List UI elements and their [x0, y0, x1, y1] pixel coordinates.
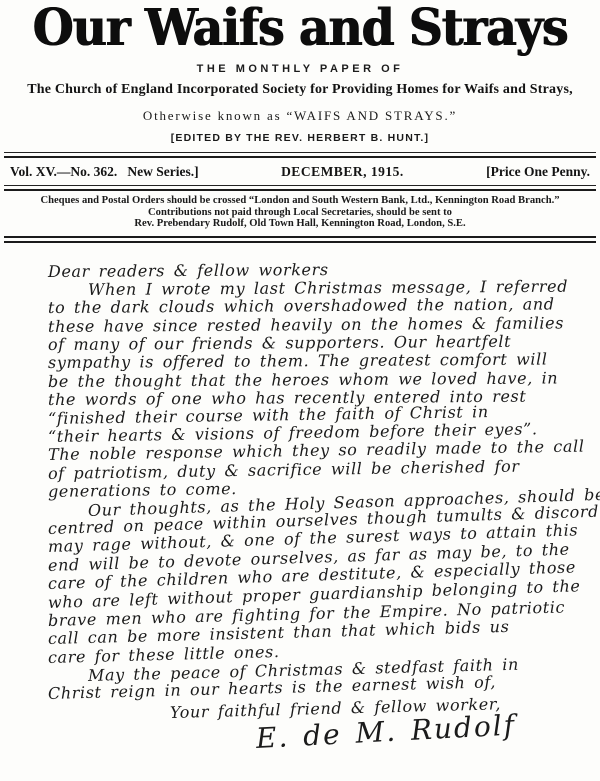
issue-date: DECEMBER, 1915.: [281, 164, 404, 180]
otherwise-known-line: Otherwise known as “WAIFS AND STRAYS.”: [0, 108, 600, 124]
divider-rule-bottom: [4, 236, 596, 243]
volume-number: Vol. XV.—No. 362. New Series.]: [10, 164, 199, 180]
notice-line: Rev. Prebendary Rudolf, Old Town Hall, K…: [0, 218, 600, 230]
handwritten-letter: Dear readers & fellow workers When I wro…: [0, 263, 600, 757]
monthly-paper-line: THE MONTHLY PAPER OF: [0, 63, 600, 75]
payment-notice: Cheques and Postal Orders should be cros…: [0, 195, 600, 233]
masthead-title: Our Waifs and Strays: [0, 2, 600, 56]
society-name-line: The Church of England Incorporated Socie…: [0, 82, 600, 98]
edited-by-line: [EDITED BY THE REV. HERBERT B. HUNT.]: [0, 132, 600, 144]
notice-line: Cheques and Postal Orders should be cros…: [0, 195, 600, 207]
notice-line: Contributions not paid through Local Sec…: [0, 207, 600, 219]
issue-bar: Vol. XV.—No. 362. New Series.] DECEMBER,…: [0, 158, 600, 185]
divider-rule-mid: [4, 185, 596, 191]
price-label: [Price One Penny.: [486, 164, 590, 180]
newspaper-front-page: Our Waifs and Strays THE MONTHLY PAPER O…: [0, 0, 600, 781]
masthead: Our Waifs and Strays THE MONTHLY PAPER O…: [0, 0, 600, 144]
